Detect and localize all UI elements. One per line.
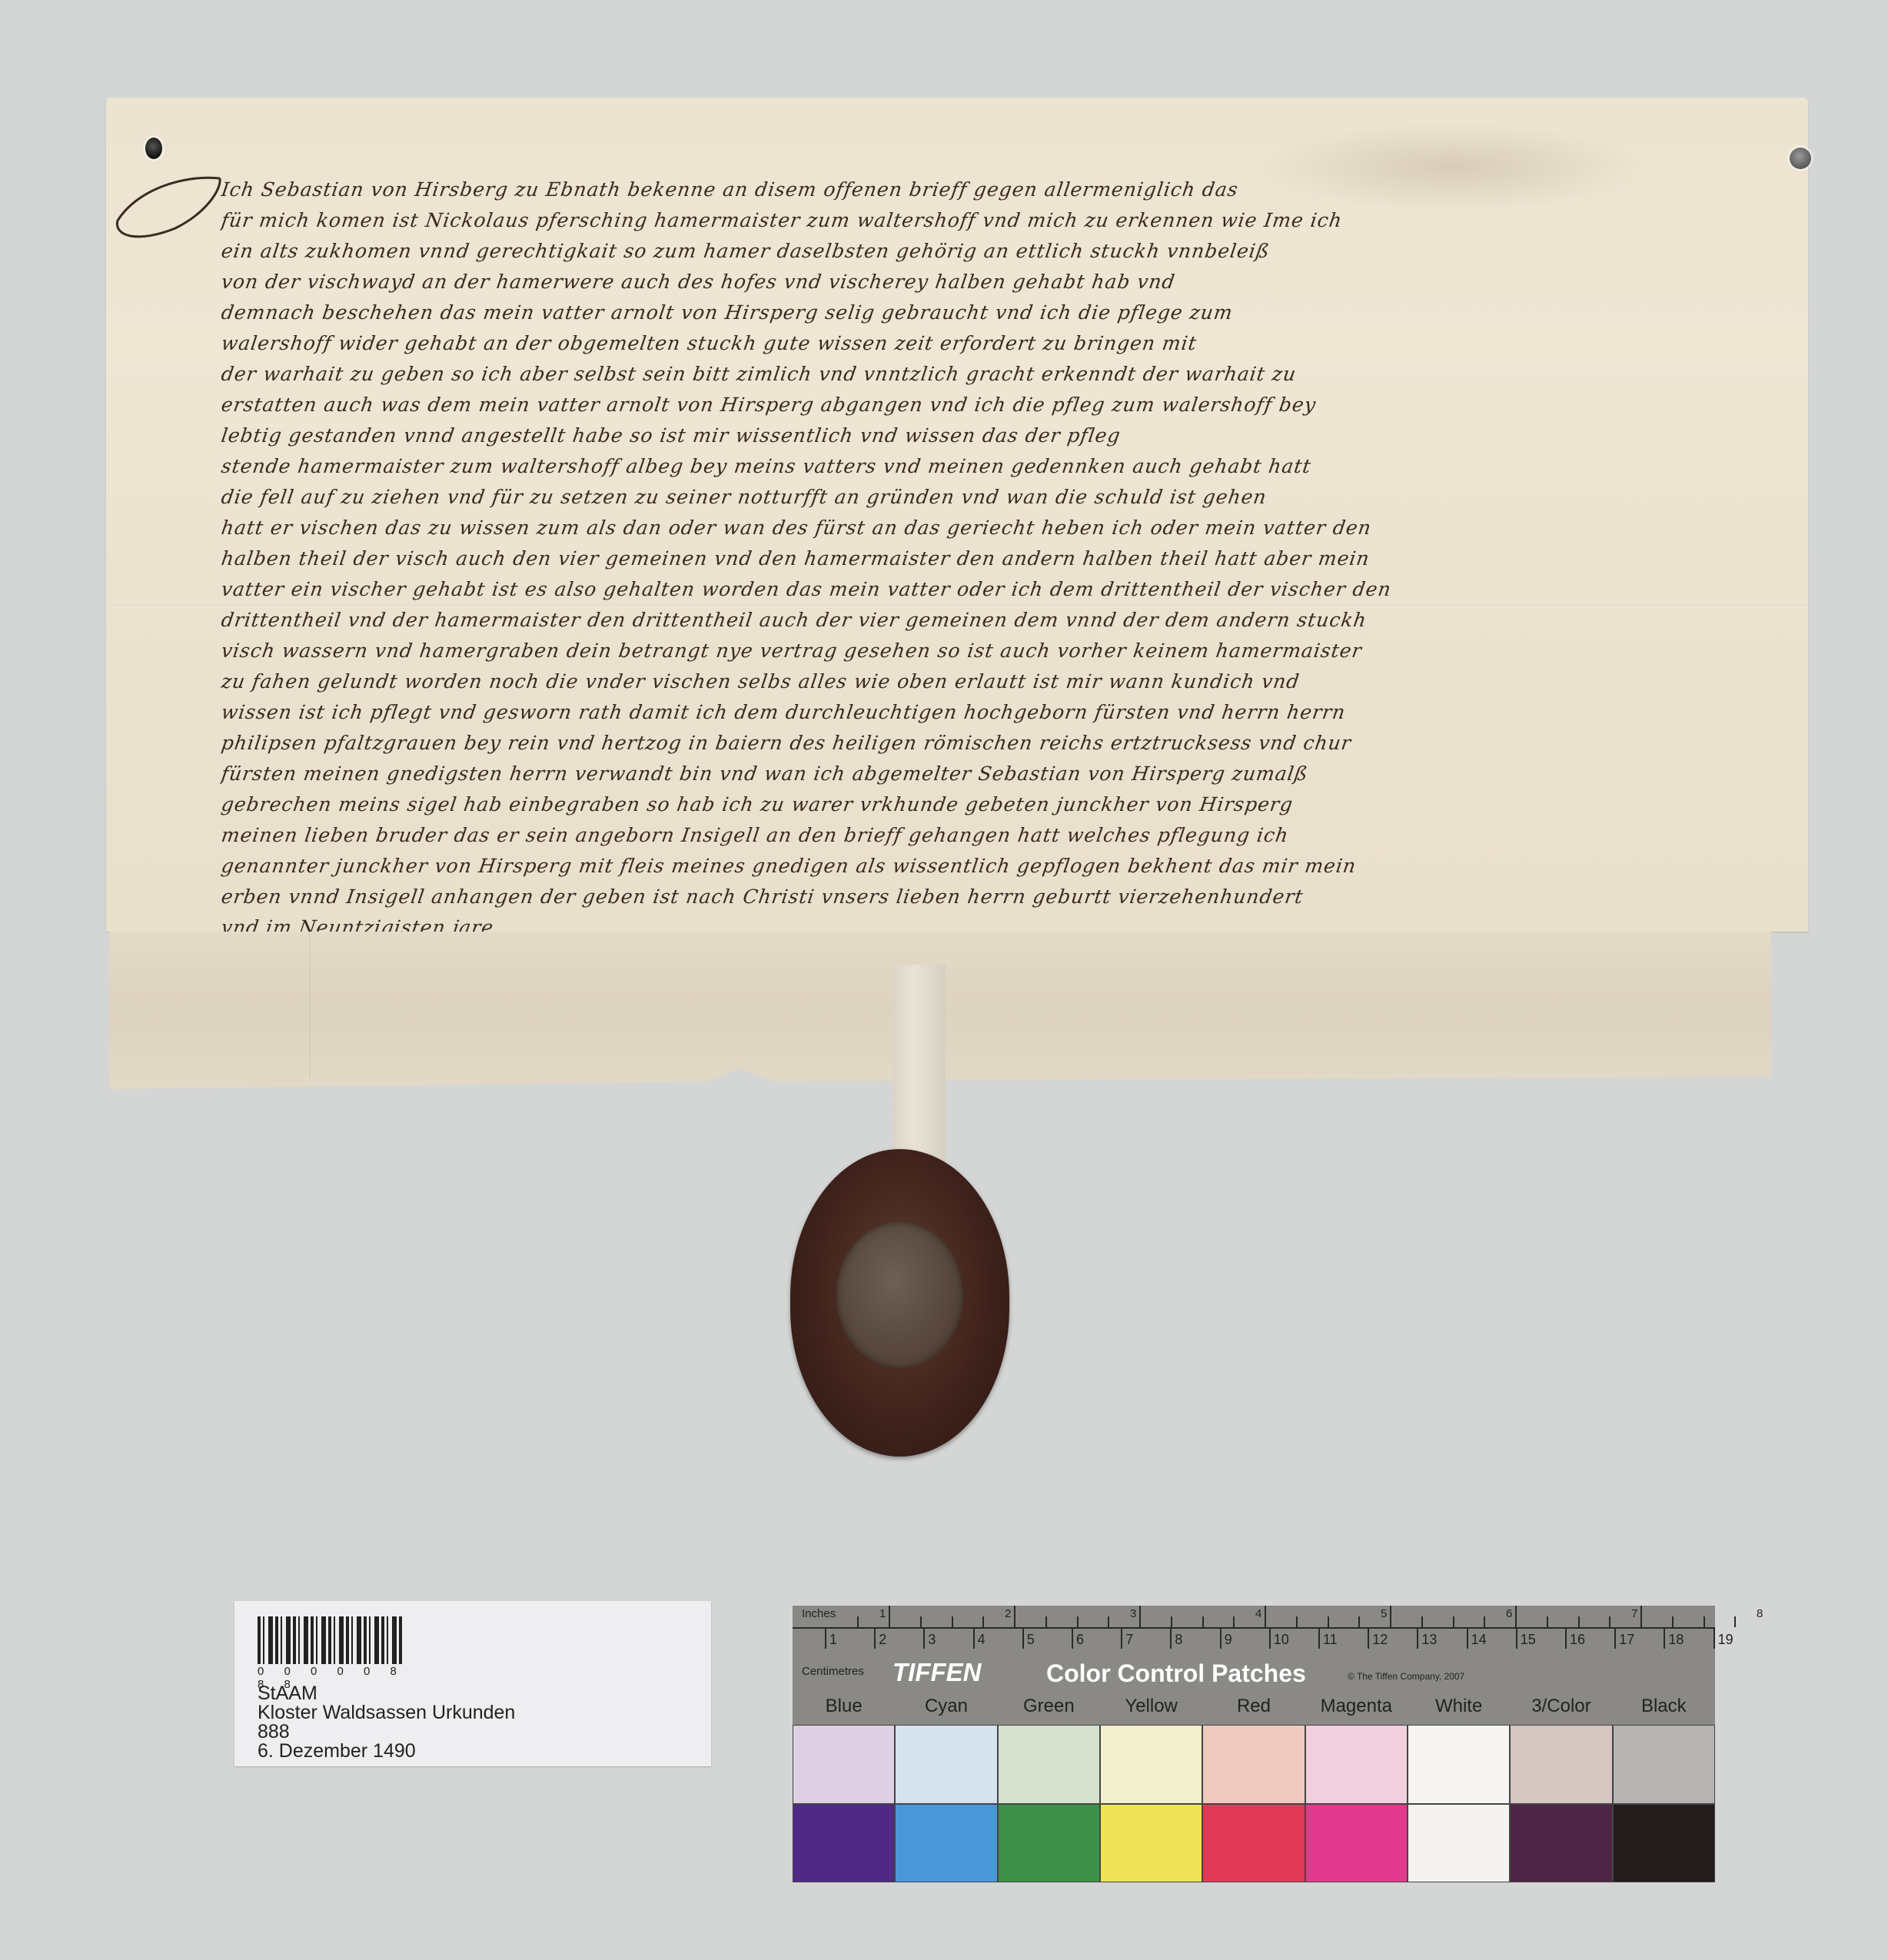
patch-label: Red <box>1202 1696 1305 1717</box>
seal-impression <box>836 1222 963 1368</box>
inch-tick <box>1265 1606 1266 1627</box>
charter-line: vatter ein vischer gehabt ist es also ge… <box>219 574 1784 605</box>
charter-line: lebtig gestanden vnnd angestellt habe so… <box>219 420 1784 451</box>
charter-line: visch wassern vnd hamergraben dein betra… <box>219 636 1784 666</box>
dark-patch <box>1305 1804 1408 1883</box>
dark-patch <box>793 1804 895 1883</box>
charter-line: erstatten auch was dem mein vatter arnol… <box>219 390 1784 420</box>
inch-tick-label: 2 <box>1005 1607 1011 1620</box>
label-number: 888 <box>258 1722 515 1742</box>
cm-tick-label: 3 <box>928 1632 936 1648</box>
cm-tick-label: 18 <box>1668 1632 1684 1648</box>
archive-label: 0 0 0 0 0 8 8 8 StAAM Kloster Waldsassen… <box>234 1601 711 1766</box>
cm-tick-label: 13 <box>1421 1632 1437 1648</box>
patch-column <box>1202 1725 1305 1882</box>
centimetres-label: Centimetres <box>802 1665 864 1678</box>
charter-line: walershoff wider gehabt an der obgemelte… <box>219 328 1784 359</box>
inches-label: Inches <box>802 1607 836 1620</box>
charter-line: gebrechen meins sigel hab einbegraben so… <box>219 789 1784 820</box>
patch-label: Yellow <box>1100 1696 1202 1717</box>
light-patch <box>1613 1725 1715 1804</box>
light-patch <box>1100 1725 1202 1804</box>
charter-line: für mich komen ist Nickolaus pfersching … <box>219 205 1784 236</box>
inch-ruler: Inches <box>793 1606 1715 1629</box>
charter-line: Ich Sebastian von Hirsberg zu Ebnath bek… <box>219 174 1784 205</box>
cm-tick-label: 7 <box>1125 1632 1133 1648</box>
inch-tick <box>1421 1616 1423 1627</box>
inch-tick-label: 3 <box>1130 1607 1136 1620</box>
cm-tick <box>923 1629 925 1649</box>
cm-tick-label: 1 <box>829 1632 837 1648</box>
cm-tick <box>1022 1629 1024 1649</box>
inch-tick-label: 8 <box>1757 1607 1763 1620</box>
inch-tick <box>1077 1616 1079 1627</box>
patch-column <box>895 1725 997 1882</box>
patch-label: Blue <box>793 1696 895 1717</box>
color-control-chart: Inches 123456781234567891011121314151617… <box>793 1606 1715 1725</box>
patch-label: White <box>1408 1696 1510 1717</box>
plica-crease <box>309 932 311 1078</box>
inch-tick <box>1734 1616 1736 1627</box>
cm-tick-label: 14 <box>1471 1632 1487 1648</box>
inch-tick <box>1358 1616 1360 1627</box>
cm-tick <box>1713 1629 1715 1649</box>
inch-tick <box>1328 1616 1329 1627</box>
cm-tick <box>1664 1629 1665 1649</box>
charter-line: genannter junckher von Hirsperg mit flei… <box>219 851 1784 882</box>
charter-document: Ich Sebastian von Hirsberg zu Ebnath bek… <box>106 98 1808 1093</box>
cm-tick <box>1565 1629 1567 1649</box>
patch-column <box>1408 1725 1510 1882</box>
charter-line: zu fahen gelundt worden noch die vnder v… <box>219 666 1784 697</box>
cm-tick <box>1516 1629 1517 1649</box>
cm-tick <box>874 1629 876 1649</box>
label-collection: Kloster Waldsassen Urkunden <box>258 1703 515 1722</box>
inch-tick <box>1202 1616 1204 1627</box>
charter-line: hatt er vischen das zu wissen zum als da… <box>219 513 1784 543</box>
light-patch <box>1408 1725 1510 1804</box>
patch-column <box>1305 1725 1408 1882</box>
cm-tick <box>973 1629 975 1649</box>
inch-tick <box>1515 1606 1517 1627</box>
chart-title: Color Control Patches <box>1046 1659 1306 1688</box>
charter-line: ein alts zukhomen vnnd gerechtigkait so … <box>219 236 1784 267</box>
cm-tick <box>1072 1629 1073 1649</box>
inch-tick <box>1171 1616 1172 1627</box>
light-patch <box>793 1725 895 1804</box>
light-patch <box>895 1725 997 1804</box>
charter-line: demnach beschehen das mein vatter arnolt… <box>219 297 1784 328</box>
cm-tick <box>1220 1629 1222 1649</box>
inch-tick-label: 1 <box>879 1607 886 1620</box>
inch-tick <box>1609 1616 1610 1627</box>
light-patch <box>998 1725 1100 1804</box>
cm-tick-label: 10 <box>1274 1632 1289 1648</box>
dark-patch <box>1613 1804 1715 1883</box>
inch-tick-label: 5 <box>1381 1607 1387 1620</box>
inch-tick <box>952 1616 953 1627</box>
light-patch <box>1202 1725 1305 1804</box>
cm-tick <box>1170 1629 1172 1649</box>
wax-seal <box>790 1149 1009 1457</box>
charter-line: wissen ist ich pflegt vnd gesworn rath d… <box>219 697 1784 728</box>
patch-names: BlueCyanGreenYellowRedMagentaWhite3/Colo… <box>793 1696 1715 1717</box>
charter-line: philipsen pfaltzgrauen bey rein vnd hert… <box>219 728 1784 759</box>
inch-tick <box>889 1606 890 1627</box>
inch-tick <box>1704 1616 1705 1627</box>
cm-tick <box>1614 1629 1616 1649</box>
patch-label: 3/Color <box>1510 1696 1612 1717</box>
patch-column <box>998 1725 1100 1882</box>
dark-patch <box>998 1804 1100 1883</box>
label-institution: StAAM <box>258 1684 515 1703</box>
inch-tick <box>1390 1606 1391 1627</box>
inch-tick <box>857 1616 859 1627</box>
patch-label: Green <box>998 1696 1100 1717</box>
charter-line: der warhait zu geben so ich aber selbst … <box>219 359 1784 390</box>
inch-tick <box>1484 1616 1485 1627</box>
patch-label: Black <box>1613 1696 1715 1717</box>
charter-line: drittentheil vnd der hamermaister den dr… <box>219 605 1784 636</box>
cm-tick-label: 11 <box>1323 1632 1338 1648</box>
patch-label: Magenta <box>1305 1696 1408 1717</box>
cm-tick <box>1417 1629 1418 1649</box>
cm-tick <box>1368 1629 1369 1649</box>
patch-column <box>1100 1725 1202 1882</box>
cm-tick <box>1467 1629 1468 1649</box>
cm-tick <box>825 1629 826 1649</box>
inch-tick <box>1139 1606 1141 1627</box>
inch-tick <box>1547 1616 1548 1627</box>
color-patches <box>793 1725 1715 1882</box>
cm-tick-label: 15 <box>1521 1632 1536 1648</box>
dark-patch <box>1100 1804 1202 1883</box>
inch-tick <box>920 1616 922 1627</box>
cm-tick-label: 12 <box>1372 1632 1388 1648</box>
charter-line: fürsten meinen gnedigsten herrn verwandt… <box>219 759 1784 789</box>
charter-line: erben vnnd Insigell anhangen der geben i… <box>219 882 1784 912</box>
tiffen-logo: TIFFEN <box>892 1658 981 1687</box>
label-date: 6. Dezember 1490 <box>258 1742 515 1761</box>
cm-tick-label: 16 <box>1570 1632 1585 1648</box>
dark-patch <box>1202 1804 1305 1883</box>
inch-tick <box>1578 1616 1580 1627</box>
cm-tick-label: 9 <box>1225 1632 1232 1648</box>
inch-tick <box>1014 1606 1015 1627</box>
charter-line: halben theil der visch auch den vier gem… <box>219 543 1784 574</box>
inch-tick <box>1045 1616 1047 1627</box>
patch-label: Cyan <box>895 1696 997 1717</box>
cm-tick-label: 5 <box>1027 1632 1035 1648</box>
dark-patch <box>895 1804 997 1883</box>
inch-tick <box>982 1616 984 1627</box>
right-mount-hole-icon <box>1790 148 1811 169</box>
cm-tick-label: 8 <box>1175 1632 1182 1648</box>
patch-column <box>1613 1725 1715 1882</box>
cm-tick-label: 4 <box>978 1632 986 1648</box>
patch-column <box>793 1725 895 1882</box>
cm-tick-label: 2 <box>879 1632 886 1648</box>
inch-tick <box>1296 1616 1298 1627</box>
inch-tick <box>1672 1616 1674 1627</box>
inch-tick <box>1453 1616 1454 1627</box>
inch-tick <box>1233 1616 1235 1627</box>
charter-line: meinen lieben bruder das er sein angebor… <box>219 820 1784 851</box>
cm-tick <box>1121 1629 1122 1649</box>
barcode-icon <box>258 1616 404 1664</box>
inch-tick-label: 7 <box>1631 1607 1637 1620</box>
chart-copyright: © The Tiffen Company, 2007 <box>1348 1671 1464 1682</box>
dark-patch <box>1408 1804 1510 1883</box>
inch-tick-label: 6 <box>1506 1607 1512 1620</box>
parchment-sheet: Ich Sebastian von Hirsberg zu Ebnath bek… <box>106 98 1808 932</box>
cm-tick-label: 17 <box>1619 1632 1634 1648</box>
seal-tag <box>893 965 946 1164</box>
charter-text: Ich Sebastian von Hirsberg zu Ebnath bek… <box>221 174 1782 943</box>
dark-patch <box>1510 1804 1612 1883</box>
cm-tick-label: 6 <box>1076 1632 1084 1648</box>
cm-tick-label: 19 <box>1718 1632 1733 1648</box>
inch-tick <box>1640 1606 1642 1627</box>
charter-line: von der vischwayd an der hamerwere auch … <box>219 267 1784 297</box>
patch-column <box>1510 1725 1612 1882</box>
charter-line: die fell auf zu ziehen vnd für zu setzen… <box>219 482 1784 513</box>
cm-tick <box>1269 1629 1271 1649</box>
charter-line: stende hamermaister zum waltershoff albe… <box>219 451 1784 482</box>
cm-tick <box>1318 1629 1320 1649</box>
light-patch <box>1305 1725 1408 1804</box>
inch-tick-label: 4 <box>1255 1607 1261 1620</box>
light-patch <box>1510 1725 1612 1804</box>
inch-tick <box>1108 1616 1109 1627</box>
